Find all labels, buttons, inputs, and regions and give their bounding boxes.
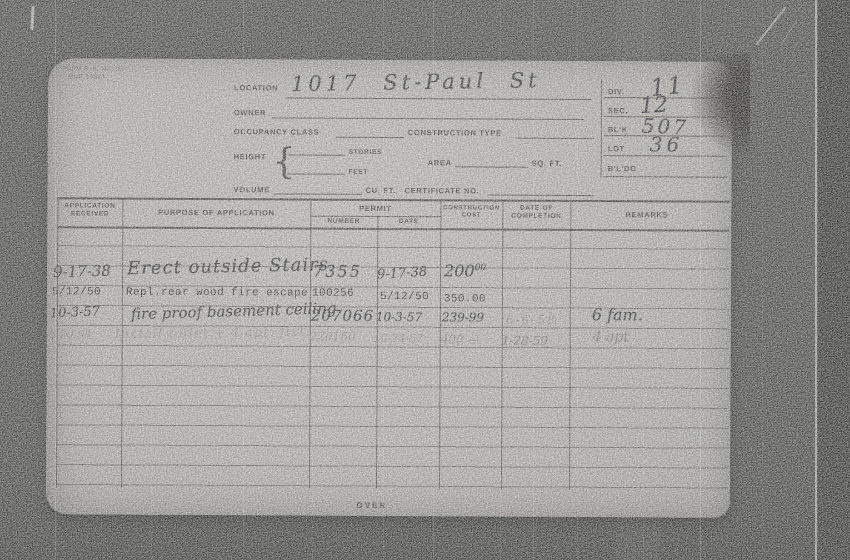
- volume-underline: [273, 193, 361, 194]
- row3-completion: 1-28-59: [502, 334, 548, 348]
- table-row: 9-17-38 Erect outside Stairs 7355 9-17-3…: [48, 58, 732, 62]
- row3-cost: 400 —: [441, 332, 480, 346]
- sqft-label: SQ. FT.: [532, 159, 562, 168]
- record-card: FORM B. E. No. 111 MOR 19839 LOCATION 10…: [46, 58, 732, 518]
- header-date: DATE: [377, 218, 440, 225]
- location-value: 1017 St-Paul St: [291, 68, 541, 96]
- row2-remarks: 6 fam.: [592, 305, 643, 324]
- row2-permit-number: 207066: [311, 307, 374, 325]
- header-remarks: REMARKS: [570, 210, 723, 220]
- header-permit: PERMIT: [310, 204, 440, 214]
- area-label: AREA: [428, 158, 452, 167]
- film-edge-strip: [818, 0, 850, 560]
- lot-box-border: [601, 79, 603, 178]
- bldg-label: B'L'DG: [608, 164, 637, 173]
- row1-permit-number: 100256: [312, 288, 354, 300]
- row2-completion: 6-6-58: [506, 313, 557, 327]
- scratch-line: [815, 0, 817, 560]
- stories-underline: [288, 154, 345, 155]
- row0-cost-cents: 00: [475, 263, 487, 273]
- certificate-underline: [487, 195, 593, 197]
- form-stamp-line2: MOR 19839: [68, 74, 105, 81]
- table-top-border: [57, 197, 729, 203]
- row2-cost: 239-99: [442, 310, 484, 324]
- row1-received: 5/12/50: [52, 286, 101, 298]
- location-label: LOCATION: [234, 83, 278, 92]
- row2-permit-date: 10-3-57: [376, 310, 422, 324]
- scratch-line: [762, 0, 763, 560]
- header-application-1: APPLICATION: [57, 202, 122, 209]
- blk-label: BL'K: [608, 125, 628, 134]
- header-application-2: RECEIVED: [57, 210, 122, 217]
- microfilm-scan: { "card": { "stamp_line1": "FORM B. E. N…: [0, 0, 850, 560]
- header-completion-2: COMPLETION: [502, 213, 570, 220]
- sec-label: SEC.: [608, 106, 628, 115]
- volume-label: VOLUME: [233, 185, 269, 194]
- row1-purpose: Repl.rear wood fire escape: [126, 287, 308, 300]
- film-blemish: [30, 6, 34, 30]
- header-cost-2: COST: [440, 212, 502, 218]
- row0-permit-number: 7355: [313, 262, 362, 281]
- row0-purpose: Erect outside Stairs: [127, 254, 329, 279]
- row3-permit-number: 220160: [310, 330, 356, 344]
- row3-purpose: Install toilet + 4 apt. fixt.: [115, 325, 311, 342]
- over-label: OVER: [332, 501, 412, 510]
- height-label: HEIGHT: [234, 152, 267, 161]
- certificate-label: CERTIFICATE NO.: [404, 186, 479, 195]
- div-label: DIV.: [608, 87, 625, 96]
- header-cost-1: CONSTRUCTION: [440, 205, 502, 211]
- form-stamp-line1: FORM B. E. No. 111: [62, 66, 125, 73]
- row0-received: 9-17-38: [53, 262, 111, 282]
- location-underline: [286, 97, 591, 100]
- header-purpose: PURPOSE OF APPLICATION: [122, 208, 310, 218]
- feet-label: FEET: [349, 169, 368, 176]
- area-underline: [456, 166, 528, 167]
- row1-cost: 350.00: [444, 293, 486, 305]
- height-brace: {: [273, 141, 296, 182]
- row0-cost: 20000: [444, 261, 486, 280]
- row3-remarks: 4 apt: [593, 329, 629, 345]
- bldg-underline: [604, 176, 728, 178]
- lot-label: LOT: [608, 144, 625, 153]
- cuft-label: CU. FT.: [365, 186, 395, 195]
- film-blemish: [780, 20, 797, 46]
- occupancy-underline: [336, 137, 404, 138]
- lot-value: 36: [650, 132, 684, 156]
- occupancy-class-label: OCCUPANCY CLASS: [234, 127, 320, 136]
- owner-underline: [272, 117, 584, 120]
- row3-permit-date: 10-24-57: [374, 332, 424, 345]
- row3-received: 6-20-58: [49, 328, 92, 341]
- owner-label: OWNER: [234, 108, 266, 117]
- row2-received: 10-3-57: [50, 304, 101, 321]
- row1-permit-date: 5/12/50: [380, 291, 429, 303]
- header-completion-1: DATE OF: [502, 205, 570, 212]
- feet-underline: [288, 173, 345, 174]
- table-row: 10-3-57 fire proof basement ceiling 2070…: [48, 58, 732, 62]
- stories-label: STORIES: [349, 149, 382, 156]
- header-number: NUMBER: [310, 218, 377, 225]
- table-row: 5/12/50 Repl.rear wood fire escape 10025…: [48, 58, 732, 62]
- construction-type-label: CONSTRUCTION TYPE: [408, 128, 502, 137]
- film-blemish: [755, 6, 786, 45]
- construction-type-underline: [516, 138, 594, 139]
- permits-table: APPLICATION RECEIVED PURPOSE OF APPLICAT…: [48, 58, 732, 62]
- table-row: 6-20-58 Install toilet + 4 apt. fixt. 22…: [48, 58, 732, 62]
